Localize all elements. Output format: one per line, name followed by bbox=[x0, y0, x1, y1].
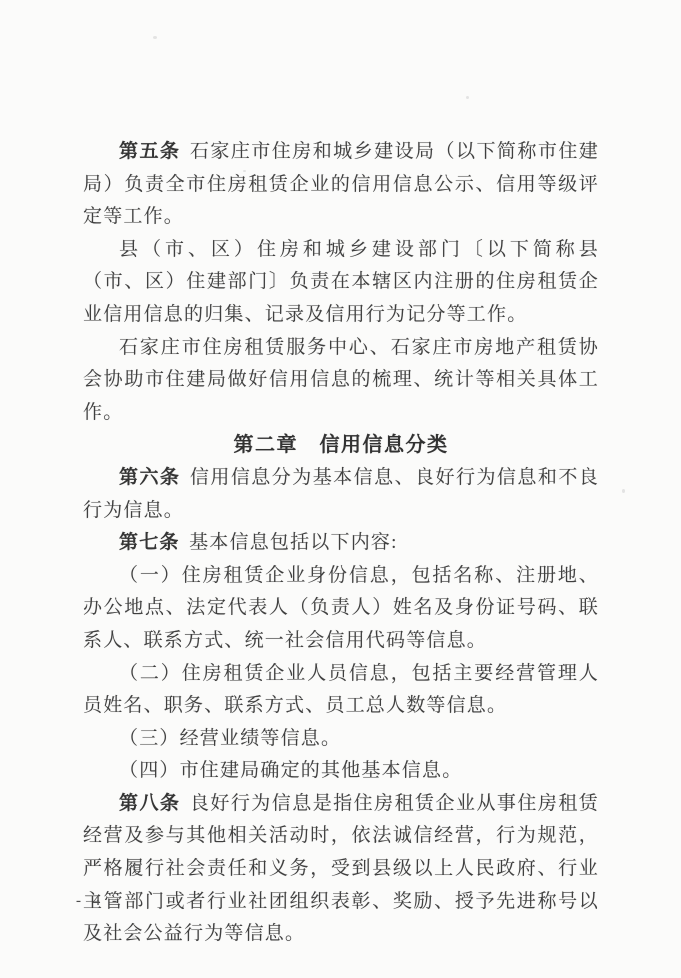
paragraph-article-7: 第七条基本信息包括以下内容: bbox=[83, 527, 599, 560]
chapter-heading: 第二章 信用信息分类 bbox=[83, 429, 599, 462]
paragraph-item-3: （三）经营业绩等信息。 bbox=[83, 723, 599, 756]
paragraph: 石家庄市住房租赁服务中心、石家庄市房地产租赁协会协助市住建局做好信用信息的梳理、… bbox=[83, 332, 599, 430]
paragraph-text: （三）经营业绩等信息。 bbox=[119, 728, 341, 749]
paragraph-article-5: 第五条石家庄市住房和城乡建设局（以下简称市住建局）负责全市住房租赁企业的信用信息… bbox=[83, 136, 599, 234]
paragraph-text: 县（市、区）住房和城乡建设部门〔以下简称县（市、区）住建部门〕负责在本辖区内注册… bbox=[83, 239, 599, 325]
paragraph-item-2: （二）住房租赁企业人员信息，包括主要经营管理人员姓名、职务、联系方式、员工总人数… bbox=[83, 658, 599, 723]
scan-speck bbox=[153, 36, 157, 39]
paragraph-text: 基本信息包括以下内容: bbox=[189, 532, 397, 553]
article-number: 第五条 bbox=[119, 141, 180, 162]
paragraph: 县（市、区）住房和城乡建设部门〔以下简称县（市、区）住建部门〕负责在本辖区内注册… bbox=[83, 234, 599, 332]
scan-speck bbox=[466, 96, 469, 99]
paragraph-text: 石家庄市住房租赁服务中心、石家庄市房地产租赁协会协助市住建局做好信用信息的梳理、… bbox=[83, 337, 599, 423]
paragraph-article-8: 第八条良好行为信息是指住房租赁企业从事住房租赁经营及参与其他相关活动时，依法诚信… bbox=[83, 788, 599, 951]
article-number: 第八条 bbox=[119, 793, 180, 814]
paragraph-text: 良好行为信息是指住房租赁企业从事住房租赁经营及参与其他相关活动时，依法诚信经营，… bbox=[83, 793, 599, 944]
scanned-document-page: 第五条石家庄市住房和城乡建设局（以下简称市住建局）负责全市住房租赁企业的信用信息… bbox=[0, 0, 681, 978]
article-number: 第七条 bbox=[119, 532, 180, 553]
paragraph-item-4: （四）市住建局确定的其他基本信息。 bbox=[83, 755, 599, 788]
paragraph-text: （一）住房租赁企业身份信息，包括名称、注册地、办公地点、法定代表人（负责人）姓名… bbox=[83, 565, 599, 651]
paragraph-text: （四）市住建局确定的其他基本信息。 bbox=[119, 760, 462, 781]
document-body: 第五条石家庄市住房和城乡建设局（以下简称市住建局）负责全市住房租赁企业的信用信息… bbox=[83, 136, 599, 951]
paragraph-article-6: 第六条信用信息分为基本信息、良好行为信息和不良行为信息。 bbox=[83, 462, 599, 527]
article-number: 第六条 bbox=[119, 467, 180, 488]
page-number: - 4 - bbox=[76, 893, 121, 910]
scan-speck bbox=[622, 489, 625, 493]
paragraph-item-1: （一）住房租赁企业身份信息，包括名称、注册地、办公地点、法定代表人（负责人）姓名… bbox=[83, 560, 599, 658]
paragraph-text: （二）住房租赁企业人员信息，包括主要经营管理人员姓名、职务、联系方式、员工总人数… bbox=[83, 663, 599, 717]
